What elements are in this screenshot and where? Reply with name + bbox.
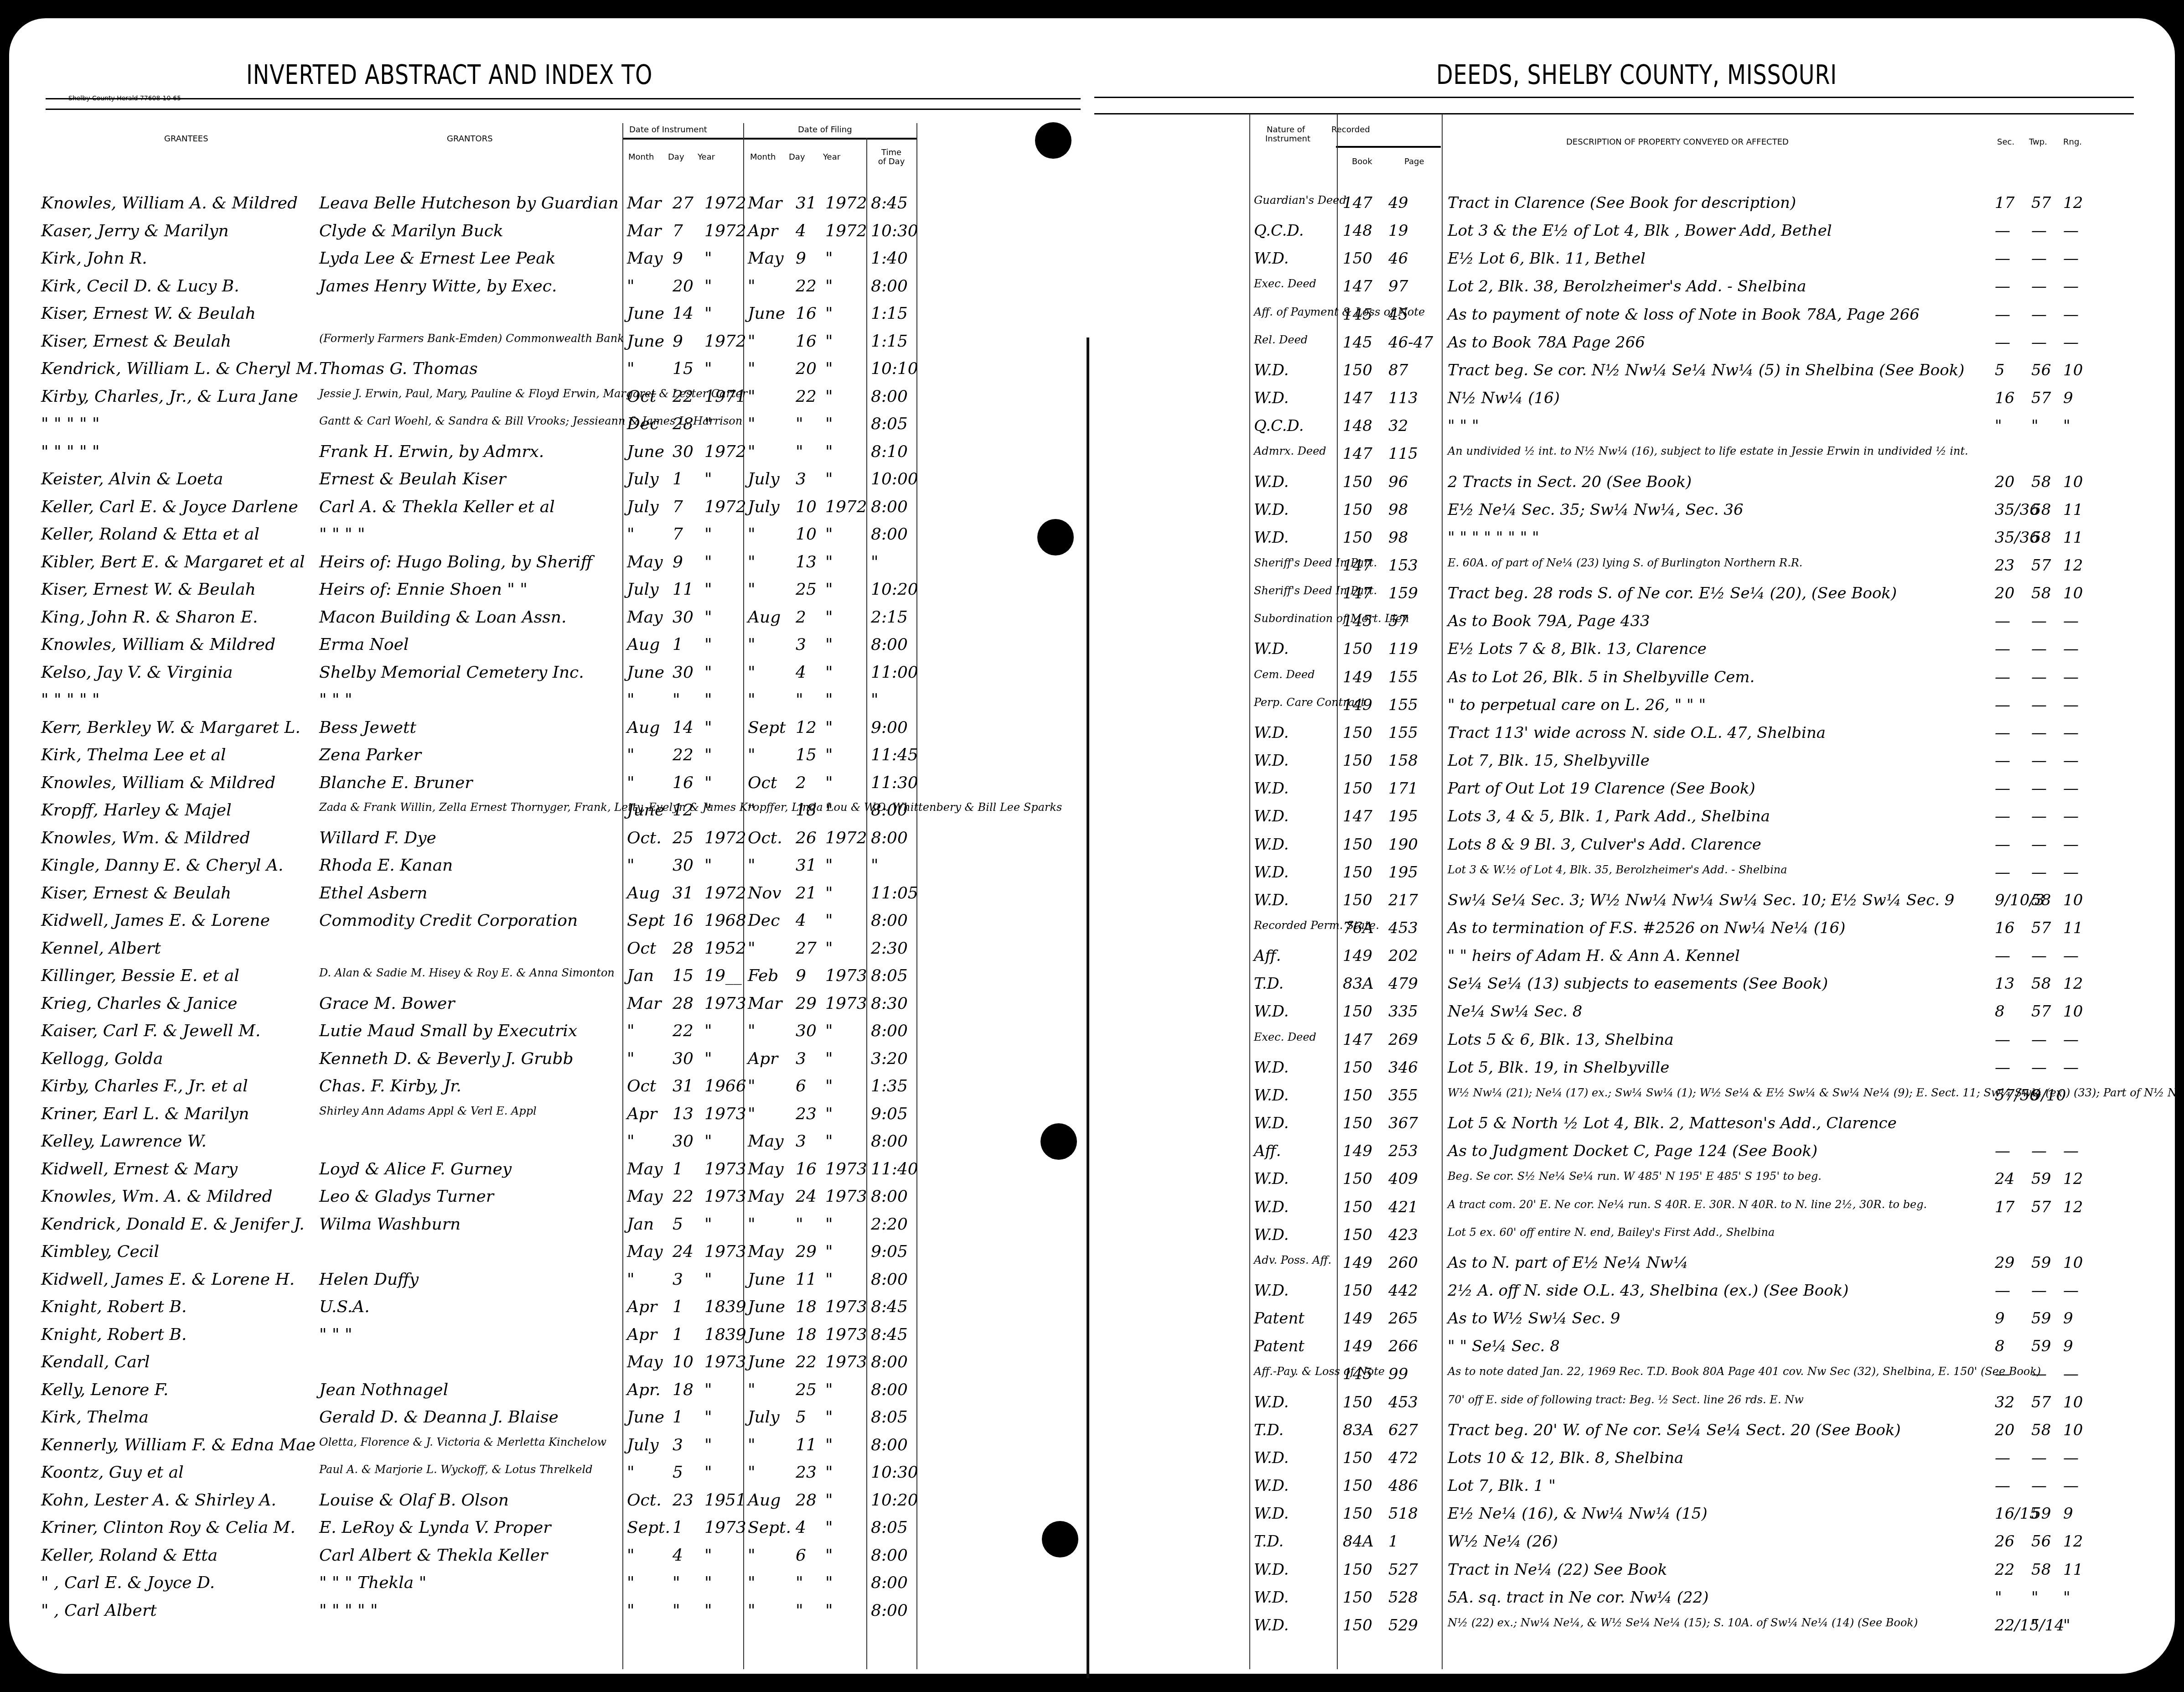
cell-time: 11:30 (871, 773, 914, 792)
cell-inst-year: 1972 (704, 829, 741, 847)
cell-file-month: Mar (748, 994, 782, 1013)
cell-grantee: Kingle, Danny E. & Cheryl A. (41, 856, 283, 875)
cell-inst-year: " (704, 635, 712, 654)
cell-file-month: " (748, 277, 756, 296)
cell-book: 150 (1343, 1616, 1372, 1635)
cell-sec: 20 (1995, 584, 2014, 602)
cell-book: 83A (1343, 975, 1374, 993)
cell-twp: 58 (2031, 473, 2051, 491)
cell-grantee: Krieg, Charles & Janice (41, 994, 238, 1013)
cell-book: 145 (1343, 306, 1372, 324)
cell-inst-day: 22 (673, 746, 693, 764)
cell-book: 150 (1343, 1282, 1372, 1300)
cell-time: 8:00 (871, 801, 908, 820)
cell-description: Lots 5 & 6, Blk. 13, Shelbina (1448, 1031, 1674, 1049)
cell-file-month: " (748, 1546, 756, 1565)
cell-file-day: 20 (796, 359, 817, 378)
cell-description: Lots 8 & 9 Bl. 3, Culver's Add. Clarence (1448, 836, 1761, 854)
cell-sec: — (1995, 1449, 2010, 1467)
cell-inst-year: " (704, 1381, 712, 1399)
cell-file-day: 13 (796, 553, 817, 571)
cell-rng: " (2063, 417, 2070, 435)
cell-time: 8:05 (871, 966, 908, 985)
cell-nature: W.D. (1254, 1198, 1289, 1216)
cell-nature: W.D. (1254, 1170, 1289, 1188)
column-divider (1442, 114, 1443, 1669)
cell-inst-day: 7 (673, 525, 683, 544)
cell-file-month: July (748, 1408, 779, 1427)
cell-inst-month: " (627, 1270, 635, 1289)
cell-nature: W.D. (1254, 1616, 1289, 1635)
cell-twp: 56 (2031, 1532, 2051, 1551)
cell-inst-day: 14 (673, 718, 693, 737)
cell-sec: 35/36 (1995, 529, 2027, 547)
cell-grantor: Paul A. & Marjorie L. Wyckoff, & Lotus T… (319, 1463, 593, 1476)
cell-inst-month: " (627, 1132, 635, 1151)
cell-file-day: 23 (796, 1463, 817, 1482)
cell-description: E½ Lots 7 & 8, Blk. 13, Clarence (1448, 640, 1707, 658)
cell-sec: 26 (1995, 1532, 2014, 1551)
cell-inst-year: " (704, 1601, 712, 1620)
cell-time: 10:30 (871, 1463, 914, 1482)
cell-time: 10:10 (871, 359, 914, 378)
cell-inst-day: 15 (673, 359, 693, 378)
cell-grantee: " " " " " (41, 442, 100, 461)
cell-inst-year: 1972 (704, 498, 741, 516)
cell-rng: — (2063, 1365, 2079, 1383)
cell-sec: — (1995, 779, 2010, 798)
cell-inst-year: " (704, 1573, 712, 1592)
cell-inst-year: 1972 (704, 442, 741, 461)
cell-nature: W.D. (1254, 1477, 1289, 1495)
cell-inst-month: Oct (627, 939, 656, 958)
cell-nature: W.D. (1254, 1002, 1289, 1021)
cell-grantor: D. Alan & Sadie M. Hisey & Roy E. & Anna… (319, 966, 615, 979)
cell-time: 10:30 (871, 222, 914, 240)
cell-inst-day: 16 (673, 911, 693, 930)
cell-page: 46-47 (1388, 333, 1433, 352)
cell-inst-month: June (627, 304, 664, 323)
cell-grantor: Leo & Gladys Turner (319, 1187, 494, 1206)
cell-inst-month: Apr (627, 1325, 657, 1344)
cell-book: 150 (1343, 891, 1372, 909)
cell-sec: 20 (1995, 1421, 2014, 1439)
cell-sec: 24 (1995, 1170, 2014, 1188)
cell-grantor: Zena Parker (319, 746, 421, 764)
cell-description: Lot 3 & W.½ of Lot 4, Blk. 35, Berolzhei… (1448, 863, 1787, 876)
cell-nature: Sheriff's Deed In Part. (1254, 584, 1336, 597)
cell-inst-day: 30 (673, 442, 693, 461)
cell-description: E½ Lot 6, Blk. 11, Bethel (1448, 249, 1646, 268)
cell-inst-year: 1973 (704, 1242, 741, 1261)
cell-book: 150 (1343, 1561, 1372, 1579)
cell-rng: 12 (2063, 1198, 2083, 1216)
cell-inst-month: " (627, 690, 635, 709)
cell-inst-day: 3 (673, 1270, 683, 1289)
cell-inst-day: 9 (673, 553, 683, 571)
cell-sec: — (1995, 1059, 2010, 1077)
cell-rng: — (2063, 1449, 2079, 1467)
cell-file-month: " (748, 525, 756, 544)
cell-time: 1:15 (871, 332, 908, 351)
cell-sec: — (1995, 836, 2010, 854)
cell-inst-month: Aug (627, 635, 660, 654)
cell-grantee: Kirby, Charles, Jr., & Lura Jane (41, 387, 298, 406)
cell-description: As to payment of note & loss of Note in … (1448, 306, 1920, 324)
cell-file-year: " (825, 1518, 833, 1537)
cell-inst-day: 13 (673, 1105, 693, 1123)
cell-twp: 57 (2031, 1393, 2051, 1412)
cell-page: 486 (1388, 1477, 1418, 1495)
cell-time: " (871, 553, 879, 571)
cell-inst-day: 1 (673, 470, 683, 488)
cell-page: 98 (1388, 529, 1408, 547)
cell-file-day: 9 (796, 966, 806, 985)
cell-file-day: 3 (796, 1049, 806, 1068)
cell-sec: " (1995, 1588, 2002, 1607)
cell-nature: W.D. (1254, 389, 1289, 407)
cell-page: 159 (1388, 584, 1418, 602)
cell-file-year: " (825, 856, 833, 875)
cell-inst-month: " (627, 525, 635, 544)
cell-file-year: " (825, 608, 833, 627)
cell-sec: 17 (1995, 1198, 2014, 1216)
cell-time: 8:00 (871, 525, 908, 544)
cell-grantee: Kirby, Charles F., Jr. et al (41, 1077, 248, 1095)
cell-inst-month: " (627, 1573, 635, 1592)
cell-grantee: Kirk, Thelma Lee et al (41, 746, 226, 764)
cell-description: W½ Nw¼ (21); Ne¼ (17) ex.; Sw¼ Sw¼ (1); … (1448, 1086, 1986, 1099)
page-title-left: INVERTED ABSTRACT AND INDEX TO (246, 59, 652, 90)
header-inst-year: Year (698, 153, 715, 162)
cell-file-year: 1973 (825, 1160, 864, 1178)
cell-inst-month: Mar (627, 222, 662, 240)
cell-grantor: Lyda Lee & Ernest Lee Peak (319, 249, 556, 268)
cell-page: 155 (1388, 668, 1418, 686)
cell-inst-month: Aug (627, 718, 660, 737)
cell-page: 19 (1388, 222, 1408, 240)
cell-file-month: June (748, 304, 785, 323)
cell-grantee: Kendall, Carl (41, 1353, 150, 1371)
cell-inst-day: 4 (673, 1546, 683, 1565)
cell-time: 9:00 (871, 718, 908, 737)
cell-rng: — (2063, 807, 2079, 825)
cell-book: 150 (1343, 1059, 1372, 1077)
cell-page: 335 (1388, 1002, 1418, 1021)
cell-rng: 11 (2063, 501, 2083, 519)
cell-page: 269 (1388, 1031, 1418, 1049)
cell-nature: W.D. (1254, 807, 1289, 825)
cell-twp: " (2031, 1588, 2039, 1607)
cell-book: 145 (1343, 333, 1372, 352)
cell-time: 8:00 (871, 277, 908, 296)
cell-sec: " (1995, 417, 2002, 435)
cell-sec: — (1995, 333, 2010, 352)
cell-book: 147 (1343, 277, 1372, 296)
cell-inst-year: " (704, 746, 712, 764)
cell-inst-month: " (627, 1601, 635, 1620)
cell-nature: Aff.-Pay. & Loss of Note (1254, 1365, 1336, 1378)
cell-grantee: Kiser, Ernest W. & Beulah (41, 304, 256, 323)
cell-sec: 16 (1995, 919, 2014, 937)
cell-sec: 5 (1995, 361, 2005, 379)
cell-inst-month: May (627, 1353, 663, 1371)
cell-rng: " (2063, 1616, 2070, 1635)
cell-book: 150 (1343, 529, 1372, 547)
cell-nature: Exec. Deed (1254, 277, 1316, 290)
cell-sec: — (1995, 1142, 2010, 1160)
cell-file-month: Apr (748, 1049, 778, 1068)
cell-file-day: " (796, 415, 803, 433)
cell-inst-year: " (704, 856, 712, 875)
cell-inst-day: 15 (673, 966, 693, 985)
cell-inst-day: 5 (673, 1215, 683, 1234)
cell-time: 8:00 (871, 1436, 908, 1454)
cell-twp: 58 (2031, 501, 2051, 519)
cell-nature: Exec. Deed (1254, 1031, 1316, 1043)
cell-book: 147 (1343, 584, 1372, 602)
cell-file-day: 18 (796, 1298, 817, 1316)
cell-inst-day: 30 (673, 856, 693, 875)
cell-grantee: Kelly, Lenore F. (41, 1381, 169, 1399)
header-grantors: GRANTORS (447, 135, 493, 144)
cell-file-year: " (825, 1105, 833, 1123)
cell-page: 472 (1388, 1449, 1418, 1467)
cell-inst-day: 1 (673, 1408, 683, 1427)
cell-description: Lot 5 ex. 60' off entire N. end, Bailey'… (1448, 1226, 1775, 1239)
cell-description: " " heirs of Adam H. & Ann A. Kennel (1448, 947, 1740, 965)
cell-rng: 10 (2063, 1393, 2083, 1412)
cell-file-month: " (748, 1381, 756, 1399)
cell-book: 149 (1343, 1337, 1372, 1355)
cell-file-year: " (825, 911, 833, 930)
cell-file-year: 1973 (825, 1187, 864, 1206)
cell-grantor: (Formerly Farmers Bank-Emden) Commonweal… (319, 332, 620, 345)
cell-inst-day: " (673, 1573, 680, 1592)
cell-nature: W.D. (1254, 1588, 1289, 1607)
cell-page: 1 (1388, 1532, 1398, 1551)
cell-rng: — (2063, 640, 2079, 658)
cell-inst-month: May (627, 249, 663, 268)
cell-nature: W.D. (1254, 836, 1289, 854)
header-inst-day: Day (668, 153, 684, 162)
cell-description: As to W½ Sw¼ Sec. 9 (1448, 1309, 1620, 1328)
cell-twp: — (2031, 640, 2047, 658)
cell-file-month: June (748, 1353, 785, 1371)
cell-sec: — (1995, 222, 2010, 240)
cell-inst-month: Apr (627, 1298, 657, 1316)
cell-book: 83A (1343, 1421, 1374, 1439)
cell-twp: 59 (2031, 1337, 2051, 1355)
cell-grantor: Jean Nothnagel (319, 1381, 448, 1399)
cell-description: As to termination of F.S. #2526 on Nw¼ N… (1448, 919, 1845, 937)
cell-book: 149 (1343, 696, 1372, 714)
cell-inst-day: 9 (673, 332, 683, 351)
cell-twp: 9/10 (2031, 1086, 2059, 1105)
cell-file-month: Oct (748, 773, 777, 792)
cell-inst-month: June (627, 801, 664, 820)
cell-file-month: " (748, 415, 756, 433)
cell-file-month: " (748, 387, 756, 406)
cell-grantee: Kirk, Cecil D. & Lucy B. (41, 277, 239, 296)
cell-page: 32 (1388, 417, 1408, 435)
cell-file-year: " (825, 773, 833, 792)
cell-description: Tract in Clarence (See Book for descript… (1448, 194, 1796, 212)
cell-file-day: 6 (796, 1546, 806, 1565)
cell-grantor: E. LeRoy & Lynda V. Proper (319, 1518, 551, 1537)
cell-nature: Guardian's Deed (1254, 194, 1336, 207)
cell-inst-year: 1972 (704, 194, 741, 213)
cell-grantee: Kennel, Albert (41, 939, 161, 958)
punch-hole (1037, 519, 1074, 555)
cell-grantor: Gantt & Carl Woehl, & Sandra & Bill Vroo… (319, 415, 620, 427)
cell-page: 195 (1388, 863, 1418, 882)
cell-inst-year: 1972 (704, 332, 741, 351)
cell-nature: T.D. (1254, 1421, 1283, 1439)
cell-file-day: 10 (796, 525, 817, 544)
cell-file-month: " (748, 580, 756, 599)
cell-twp: — (2031, 752, 2047, 770)
cell-file-year: 1973 (825, 966, 864, 985)
cell-inst-year: 1973 (704, 1160, 741, 1178)
cell-inst-month: Oct (627, 387, 656, 406)
cell-book: 145 (1343, 1365, 1372, 1383)
cell-file-month: " (748, 635, 756, 654)
cell-page: 217 (1388, 891, 1418, 909)
cell-description: E. 60A. of part of Ne¼ (23) lying S. of … (1448, 556, 1803, 569)
cell-file-day: 10 (796, 498, 817, 516)
cell-nature: Q.C.D. (1254, 222, 1304, 240)
cell-description: 2½ A. off N. side O.L. 43, Shelbina (ex.… (1448, 1282, 1849, 1300)
cell-inst-month: " (627, 1022, 635, 1040)
rule (1336, 146, 1441, 148)
cell-rng: " (2063, 1588, 2070, 1607)
cell-file-month: " (748, 690, 756, 709)
cell-inst-year: 1966 (704, 1077, 741, 1095)
cell-nature: W.D. (1254, 1449, 1289, 1467)
cell-file-day: 3 (796, 1132, 806, 1151)
cell-description: Lot 7, Blk. 15, Shelbyville (1448, 752, 1650, 770)
cell-book: 150 (1343, 1393, 1372, 1412)
cell-inst-year: " (704, 359, 712, 378)
cell-file-year: " (825, 718, 833, 737)
cell-grantee: " " " " " (41, 690, 100, 709)
cell-file-month: " (748, 746, 756, 764)
cell-sec: 8 (1995, 1337, 2005, 1355)
cell-page: 155 (1388, 696, 1418, 714)
cell-grantee: Kohn, Lester A. & Shirley A. (41, 1491, 276, 1510)
cell-page: 409 (1388, 1170, 1418, 1188)
cell-file-year: " (825, 1022, 833, 1040)
cell-file-year: " (825, 1049, 833, 1068)
cell-file-day: 25 (796, 1381, 817, 1399)
cell-file-year: 1973 (825, 994, 864, 1013)
cell-grantor: James Henry Witte, by Exec. (319, 277, 557, 296)
cell-sec: 13 (1995, 975, 2014, 993)
cell-file-year: " (825, 553, 833, 571)
cell-file-day: 22 (796, 1353, 817, 1371)
cell-inst-day: 28 (673, 415, 693, 433)
cell-description: N½ (22) ex.; Nw¼ Ne¼, & W½ Se¼ Ne¼ (15);… (1448, 1616, 1918, 1629)
cell-nature: Cem. Deed (1254, 668, 1315, 681)
cell-page: 527 (1388, 1561, 1418, 1579)
cell-file-month: June (748, 1325, 785, 1344)
punch-hole (1035, 122, 1071, 159)
cell-file-month: " (748, 663, 756, 682)
cell-book: 147 (1343, 556, 1372, 575)
cell-rng: — (2063, 306, 2079, 324)
cell-grantee: Kelley, Lawrence W. (41, 1132, 207, 1151)
cell-description: Tract beg. 28 rods S. of Ne cor. E½ Se¼ … (1448, 584, 1897, 602)
cell-book: 150 (1343, 779, 1372, 798)
cell-inst-year: 1972 (704, 884, 741, 903)
cell-file-day: 22 (796, 387, 817, 406)
cell-rng: — (2063, 333, 2079, 352)
cell-page: 158 (1388, 752, 1418, 770)
cell-inst-month: Apr. (627, 1381, 661, 1399)
cell-book: 76A (1343, 919, 1374, 937)
cell-inst-year: 1951 (704, 1491, 741, 1510)
cell-sec: 57/56 (1995, 1086, 2027, 1105)
cell-twp: 57 (2031, 919, 2051, 937)
cell-sec: — (1995, 1031, 2010, 1049)
cell-page: 367 (1388, 1114, 1418, 1132)
cell-twp: — (2031, 1142, 2047, 1160)
cell-inst-year: " (704, 608, 712, 627)
cell-rng: — (2063, 947, 2079, 965)
cell-book: 147 (1343, 807, 1372, 825)
cell-sec: — (1995, 1282, 2010, 1300)
cell-book: 148 (1343, 222, 1372, 240)
cell-inst-month: Oct. (627, 1491, 662, 1510)
cell-page: 115 (1388, 445, 1418, 463)
cell-page: 627 (1388, 1421, 1418, 1439)
cell-file-month: July (748, 470, 779, 488)
cell-sec: — (1995, 668, 2010, 686)
cell-inst-day: 31 (673, 884, 693, 903)
cell-file-month: Aug (748, 1491, 781, 1510)
cell-page: 153 (1388, 556, 1418, 575)
cell-inst-month: Mar (627, 194, 662, 213)
cell-inst-year: " (704, 1463, 712, 1482)
cell-description: " " Se¼ Sec. 8 (1448, 1337, 1560, 1355)
cell-inst-month: Mar (627, 994, 662, 1013)
cell-inst-day: 1 (673, 1298, 683, 1316)
cell-grantor: Erma Noel (319, 635, 409, 654)
binding-gutter (1083, 18, 1092, 1674)
cell-file-month: Nov (748, 884, 781, 903)
cell-time: 2:30 (871, 939, 908, 958)
cell-inst-year: " (704, 690, 712, 709)
cell-inst-month: June (627, 1408, 664, 1427)
cell-page: 87 (1388, 361, 1408, 379)
cell-inst-day: 24 (673, 1242, 693, 1261)
cell-page: 423 (1388, 1226, 1418, 1244)
cell-description: Tract 113' wide across N. side O.L. 47, … (1448, 724, 1826, 742)
cell-book: 147 (1343, 1031, 1372, 1049)
cell-inst-day: 14 (673, 304, 693, 323)
cell-file-year: " (825, 884, 833, 903)
cell-page: 45 (1388, 306, 1408, 324)
cell-description: Sw¼ Se¼ Sec. 3; W½ Nw¼ Nw¼ Sw¼ Sec. 10; … (1448, 891, 1954, 909)
cell-twp: — (2031, 1282, 2047, 1300)
cell-file-year: " (825, 635, 833, 654)
cell-description: Lot 3 & the E½ of Lot 4, Blk , Bower Add… (1448, 222, 1832, 240)
cell-inst-day: 7 (673, 498, 683, 516)
cell-file-day: 11 (796, 1436, 817, 1454)
cell-time: 8:30 (871, 994, 908, 1013)
cell-rng: 10 (2063, 1254, 2083, 1272)
